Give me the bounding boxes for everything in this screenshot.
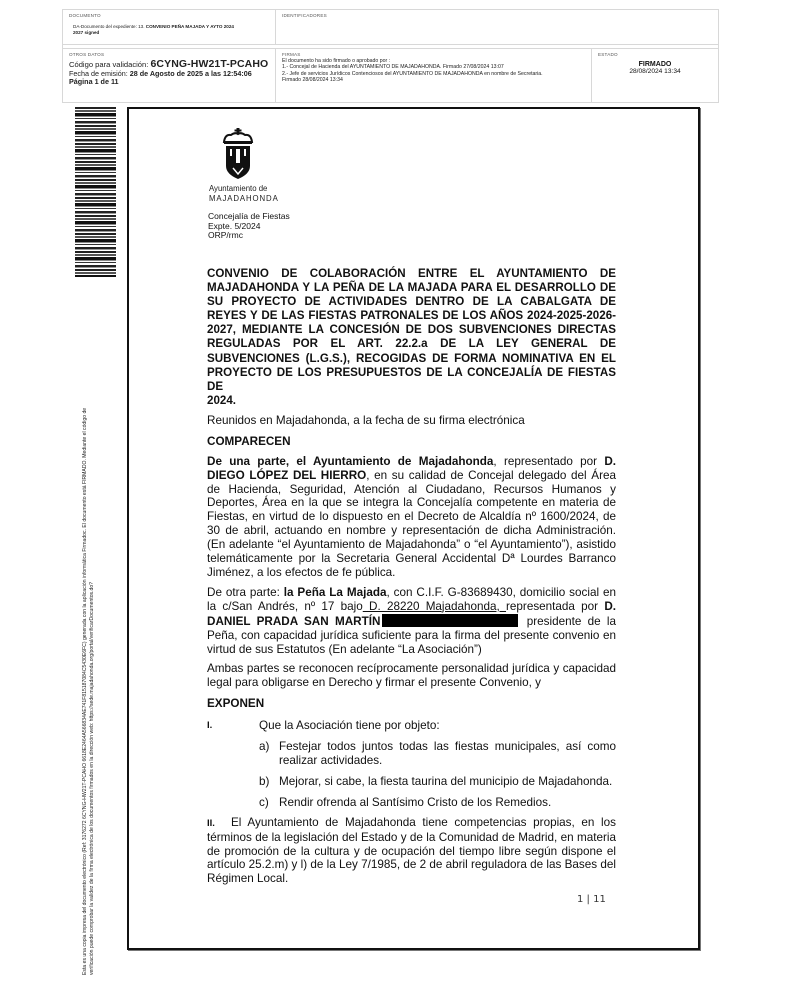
barcode [75,107,116,277]
party-one-paragraph: De una parte, el Ayuntamiento de Majadah… [207,455,616,580]
reference-block: Concejalía de Fiestas Expte. 5/2024 ORP/… [208,212,290,241]
firmas-label: FIRMAS [282,52,585,57]
status-date: 28/08/2024 13:34 [598,68,712,75]
sub-item-b: b) Mejorar, si cabe, la fiesta taurina d… [207,775,616,789]
page-number: 1 | 11 [577,894,606,905]
reunidos-paragraph: Reunidos en Majadahonda, a la fecha de s… [207,414,616,428]
page-count: Página 1 de 11 [69,78,269,87]
firmas-cell: FIRMAS El documento ha sido firmado o ap… [276,49,592,102]
logo-text-line2: MAJADAHONDA [209,194,279,203]
exponen-item-1: I. Que la Asociación tiene por objeto: [207,719,616,733]
recognition-paragraph: Ambas partes se reconocen recíprocamente… [207,662,616,690]
otros-datos-label: OTROS DATOS [69,52,269,57]
documento-label: DOCUMENTO [69,13,269,18]
documento-name: DA-Documento del expediente: 13. CONVENI… [73,24,269,36]
status-badge: FIRMADO [598,61,712,68]
document-body: CONVENIO DE COLABORACIÓN ENTRE EL AYUNTA… [207,267,616,886]
documento-cell: DOCUMENTO DA-Documento del expediente: 1… [63,10,276,44]
verification-side-text: Esta es una copia impresa del documento … [82,295,96,975]
firmas-list: El documento ha sido firmado o aprobado … [282,58,585,83]
sub-item-c: c) Rendir ofrenda al Santísimo Cristo de… [207,796,616,810]
logo-text-line1: Ayuntamiento de [209,184,267,193]
identificadores-label: IDENTIFICADORES [282,13,712,18]
exponen-heading: EXPONEN [207,697,616,711]
exponen-item-2: II.El Ayuntamiento de Majadahonda tiene … [207,816,616,887]
sub-item-a: a) Festejar todos juntos todas las fiest… [207,740,616,768]
otros-datos-cell: OTROS DATOS Código para validación: 6CYN… [63,49,276,102]
comparecen-heading: COMPARECEN [207,435,616,449]
party-two-paragraph: De otra parte: la Peña La Majada, con C.… [207,586,616,657]
estado-cell: ESTADO FIRMADO 28/08/2024 13:34 [592,49,718,102]
document-title: CONVENIO DE COLABORACIÓN ENTRE EL AYUNTA… [207,267,616,408]
document-header-table: DOCUMENTO DA-Documento del expediente: 1… [62,9,719,103]
identificadores-cell: IDENTIFICADORES [276,10,718,44]
estado-label: ESTADO [598,52,712,57]
redaction-box [382,614,518,627]
